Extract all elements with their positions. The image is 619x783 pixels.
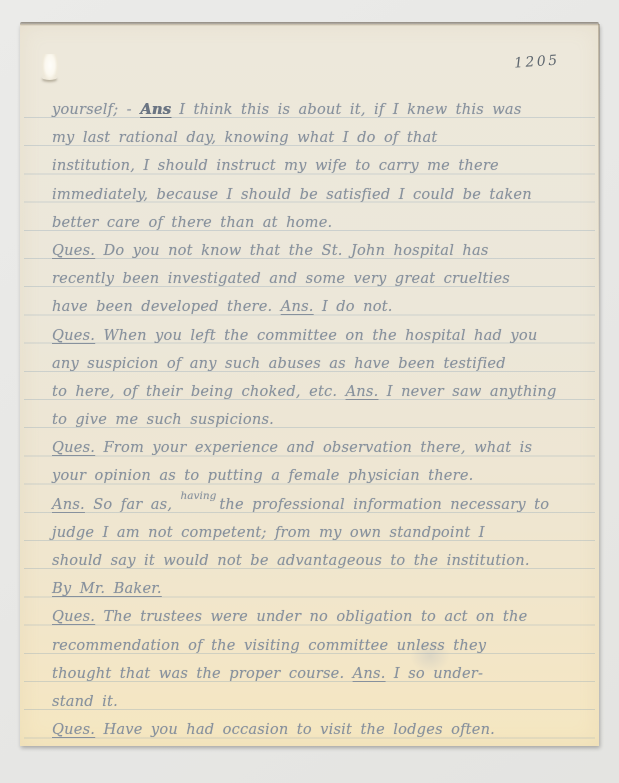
handwriting-segment: Ques.	[52, 242, 95, 259]
handwriting-segment: your opinion as to putting a female phys…	[52, 467, 474, 484]
handwriting-segment: to here, of their being choked, etc.	[52, 383, 346, 400]
manuscript-line: immediately, because I should be satisfi…	[52, 181, 595, 209]
inserted-word: having	[181, 482, 217, 510]
manuscript-line: By Mr. Baker.	[52, 575, 595, 603]
handwriting-segment: should say it would not be advantageous …	[52, 552, 530, 569]
manuscript-line: any suspicion of any such abuses as have…	[52, 350, 595, 378]
handwriting-segment: Ques.	[52, 608, 95, 625]
manuscript-line: have been developed there. Ans. I do not…	[52, 293, 595, 321]
handwriting-segment: When you left the committee on the hospi…	[95, 327, 537, 344]
handwriting-segment: Ans.	[281, 298, 314, 315]
handwriting-segment: institution, I should instruct my wife t…	[52, 157, 499, 174]
manuscript-line: recommendation of the visiting committee…	[52, 632, 595, 660]
manuscript-line: institution, I should instruct my wife t…	[52, 152, 595, 180]
manuscript-line: stand it.	[52, 688, 595, 716]
handwriting-segment: Ans.	[346, 383, 379, 400]
handwriting-segment: stand it.	[52, 693, 118, 710]
manuscript-line: Ans. So far as, havingthe professional i…	[52, 491, 595, 519]
handwriting-segment: my last rational day, knowing what I do …	[52, 129, 438, 146]
handwriting-segment: Ans.	[52, 496, 85, 513]
handwriting-segment: Ques.	[52, 327, 95, 344]
handwriting-segment: Ans	[140, 101, 171, 118]
handwriting-segment: The trustees were under no obligation to…	[95, 608, 527, 625]
handwriting-segment: to give me such suspicions.	[52, 411, 274, 428]
handwriting-segment: yourself; -	[52, 101, 140, 118]
handwriting-segment: From your experience and observation the…	[95, 439, 532, 456]
paper-flaw-hole	[41, 54, 59, 84]
handwriting-segment: the professional information necessary t…	[219, 496, 549, 513]
handwriting-segment: recommendation of the visiting committee…	[52, 637, 486, 654]
manuscript-line: Ques. When you left the committee on the…	[52, 322, 595, 350]
handwriting-segment: better care of there than at home.	[52, 214, 332, 231]
handwriting-segment: So far as,	[85, 496, 181, 513]
manuscript-line: Ques. The trustees were under no obligat…	[52, 603, 595, 631]
manuscript-line: my last rational day, knowing what I do …	[52, 124, 595, 152]
manuscript-page: 1205 yourself; - Ans I think this is abo…	[20, 24, 599, 746]
handwriting-segment: Have you had occasion to visit the lodge…	[95, 721, 495, 738]
handwriting-segment: judge I am not competent; from my own st…	[52, 524, 485, 541]
manuscript-line: to give me such suspicions.	[52, 406, 595, 434]
handwriting-segment: any suspicion of any such abuses as have…	[52, 355, 506, 372]
handwriting-segment: immediately, because I should be satisfi…	[52, 186, 532, 203]
manuscript-line: yourself; - Ans I think this is about it…	[52, 96, 595, 124]
manuscript-line: recently been investigated and some very…	[52, 265, 595, 293]
handwriting-segment: thought that was the proper course.	[52, 665, 353, 682]
paper-right-edge	[598, 24, 600, 313]
manuscript-text: yourself; - Ans I think this is about it…	[52, 96, 595, 744]
handwriting-segment: I do not.	[314, 298, 393, 315]
manuscript-line: to here, of their being choked, etc. Ans…	[52, 378, 595, 406]
handwriting-segment: I never saw anything	[378, 383, 556, 400]
paper-top-edge	[20, 22, 599, 26]
handwriting-segment: I think this is about it, if I knew this…	[171, 101, 522, 118]
page-number: 1205	[513, 52, 560, 71]
handwriting-segment: I so under-	[386, 665, 484, 682]
manuscript-line: Ques. Do you not know that the St. John …	[52, 237, 595, 265]
manuscript-line: Ques. From your experience and observati…	[52, 434, 595, 462]
handwriting-segment: Ques.	[52, 439, 95, 456]
handwriting-segment: have been developed there.	[52, 298, 281, 315]
manuscript-line: thought that was the proper course. Ans.…	[52, 660, 595, 688]
handwriting-segment: Do you not know that the St. John hospit…	[95, 242, 488, 259]
manuscript-line: should say it would not be advantageous …	[52, 547, 595, 575]
handwriting-segment: recently been investigated and some very…	[52, 270, 510, 287]
scanned-document: 1205 yourself; - Ans I think this is abo…	[0, 0, 619, 783]
manuscript-line: better care of there than at home.	[52, 209, 595, 237]
manuscript-line: your opinion as to putting a female phys…	[52, 462, 595, 490]
manuscript-line: Ques. Have you had occasion to visit the…	[52, 716, 595, 744]
handwriting-segment: Ques.	[52, 721, 95, 738]
handwriting-segment: Ans.	[353, 665, 386, 682]
manuscript-line: judge I am not competent; from my own st…	[52, 519, 595, 547]
handwriting-segment: By Mr. Baker.	[52, 580, 162, 597]
